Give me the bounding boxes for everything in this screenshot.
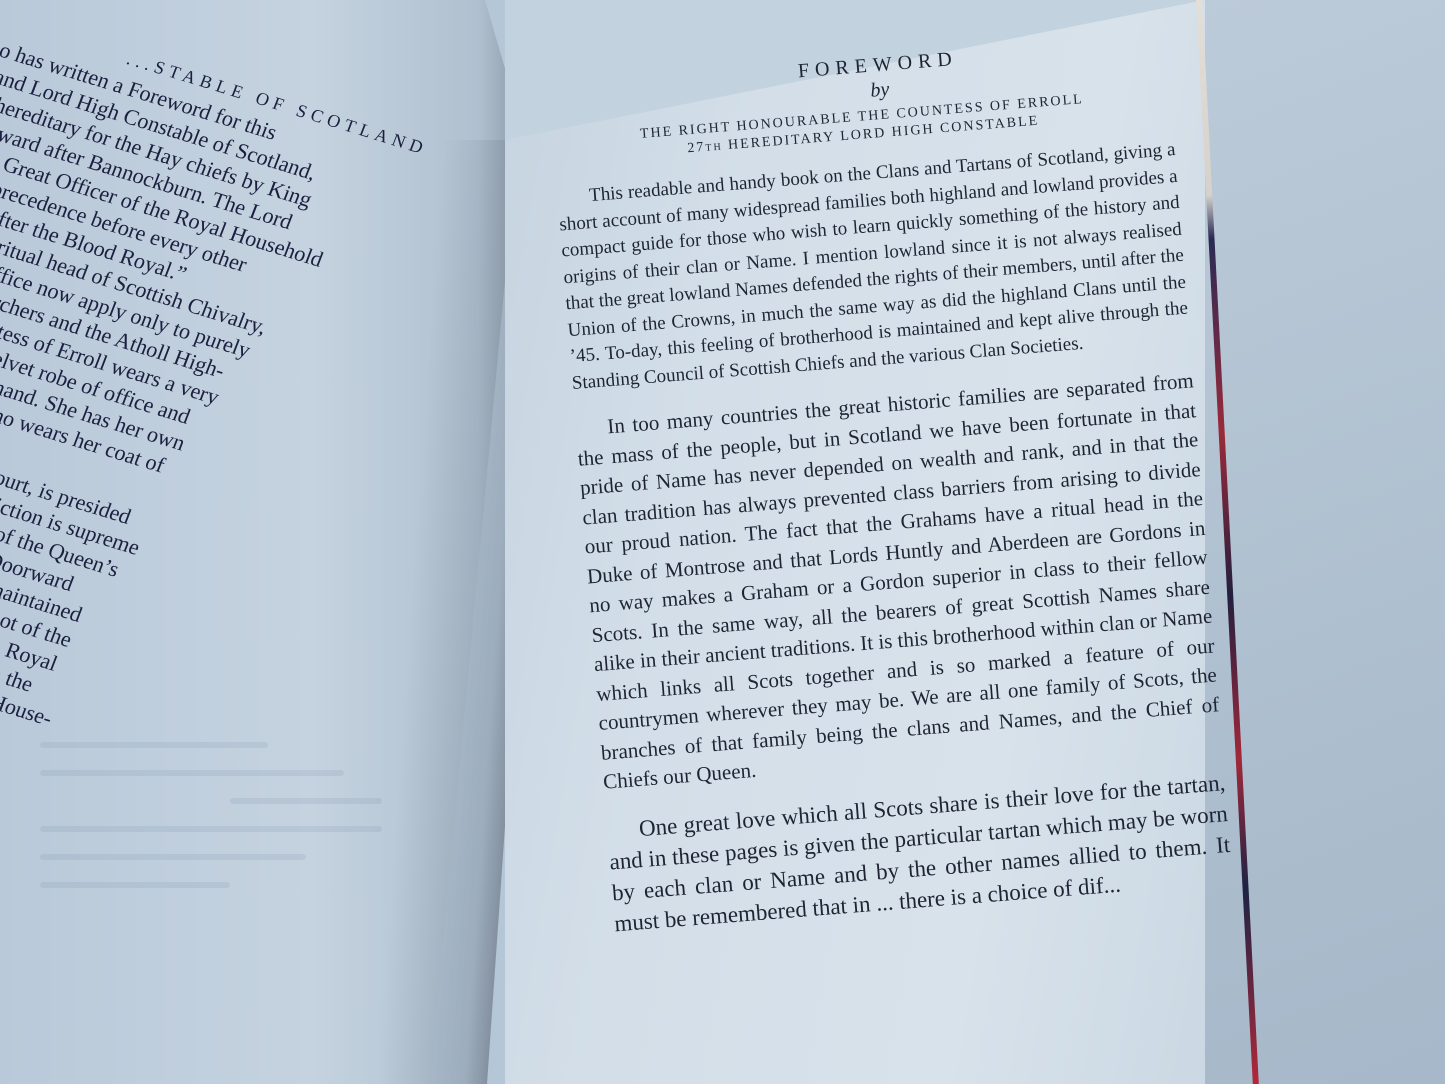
table-surface	[1180, 0, 1445, 1084]
paragraph: In too many countries the great historic…	[574, 366, 1222, 797]
paragraph: This readable and handy book on the Clan…	[556, 137, 1191, 397]
foreword-text: FOREWORD by THE RIGHT HONOURABLE THE COU…	[548, 31, 1234, 938]
show-through-text	[40, 720, 420, 1040]
